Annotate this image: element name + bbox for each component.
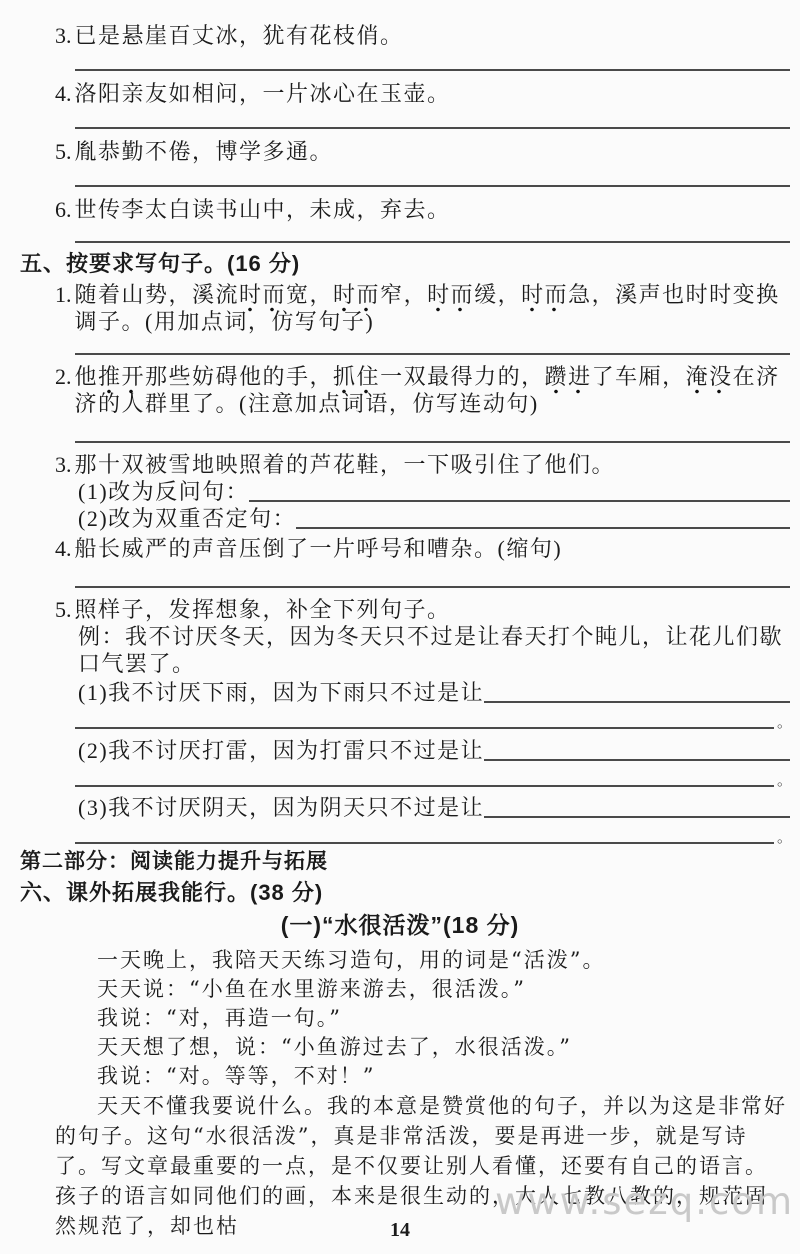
emphasized-text: 时而	[333, 282, 380, 312]
answer-line	[75, 586, 790, 588]
question-number: 5.	[55, 596, 72, 623]
exam-paper: 3. 已是悬崖百丈冰，犹有花枝俏。 4. 洛阳亲友如相问，一片冰心在玉壶。 5.…	[0, 0, 800, 1254]
question-number: 4.	[55, 535, 72, 562]
question-item: 6. 世传李太白读书山中，未成，弃去。	[55, 196, 790, 223]
emphasized-text: 淹没	[686, 364, 733, 394]
passage-paragraph: 天天想了想，说：“小鱼游过去了，水很活泼。”	[55, 1033, 790, 1062]
answer-line	[75, 441, 790, 443]
question-text: 随着山势，溪流时而宽，时而窄，时而缓，时而急，溪声也时时变换调子。(用加点词，仿…	[75, 281, 791, 335]
answer-line	[75, 241, 790, 243]
question-number: 2.	[55, 363, 72, 417]
question-text: 船长威严的声音压倒了一片呼号和嘈杂。(缩句)	[75, 535, 791, 562]
passage-paragraph: 我说：“对，再造一句。”	[55, 1004, 790, 1033]
question-item: 4. 洛阳亲友如相问，一片冰心在玉壶。	[55, 80, 790, 107]
answer-line	[75, 69, 790, 71]
sub-question-label: (1)我不讨厌下雨，因为下雨只不过是让	[78, 679, 484, 706]
answer-blank	[296, 527, 790, 529]
sub-question-label: (3)我不讨厌阴天，因为阴天只不过是让	[78, 794, 484, 821]
question-number: 1.	[55, 281, 72, 335]
question-item-5: 5. 照样子，发挥想象，补全下列句子。	[55, 596, 790, 623]
passage-paragraph: 天天说：“小鱼在水里游来游去，很活泼。”	[55, 975, 790, 1004]
question-number: 6.	[55, 196, 72, 223]
question-item: 3. 已是悬崖百丈冰，犹有花枝俏。	[55, 22, 790, 49]
emphasized-text: 躜进	[545, 364, 592, 394]
page-number: 14	[0, 1219, 800, 1242]
question-item-1: 1. 随着山势，溪流时而宽，时而窄，时而缓，时而急，溪声也时时变换调子。(用加点…	[55, 281, 790, 335]
question-text: 照样子，发挥想象，补全下列句子。	[75, 596, 791, 623]
sub-question: (2)我不讨厌打雷，因为打雷只不过是让	[78, 737, 790, 764]
plain-text: 他	[75, 364, 99, 389]
emphasized-text: 推开	[98, 364, 145, 394]
sub-question-label: (1)改为反问句：	[78, 478, 249, 505]
question-text: 那十双被雪地映照着的芦花鞋，一下吸引住了他们。	[75, 451, 791, 478]
period-mark: 。	[774, 775, 792, 787]
worksheet-page: { "document": { "prev_section_items": [ …	[0, 0, 800, 1254]
answer-blank	[75, 707, 774, 729]
sub-question: (1)改为反问句：	[78, 478, 790, 505]
question-number: 5.	[55, 138, 72, 165]
emphasized-text: 时而	[427, 282, 474, 312]
instruction-note: (注意加点词语，仿写连动句)	[239, 391, 539, 416]
emphasized-text: 抓住	[333, 364, 380, 394]
instruction-note: (用加点词，仿写句子)	[145, 309, 374, 334]
example-sentence: 例：我不讨厌冬天，因为冬天只不过是让春天打个盹儿，让花儿们歇口气罢了。	[78, 623, 790, 677]
answer-blank	[75, 765, 774, 787]
question-number: 3.	[55, 22, 72, 49]
passage-paragraph: 一天晚上，我陪天天练习造句，用的词是“活泼”。	[55, 946, 790, 975]
answer-line	[75, 185, 790, 187]
plain-text: 那些妨碍他的手，	[145, 364, 333, 389]
question-text: 胤恭勤不倦，博学多通。	[75, 138, 791, 165]
question-number: 4.	[55, 80, 72, 107]
sub-question: (1)我不讨厌下雨，因为下雨只不过是让	[78, 679, 790, 706]
reading-title: (一)“水很活泼”(18 分)	[10, 911, 790, 940]
question-item-3: 3. 那十双被雪地映照着的芦花鞋，一下吸引住了他们。	[55, 451, 790, 478]
answer-line-row: 。	[75, 765, 792, 787]
question-item-4: 4. 船长威严的声音压倒了一片呼号和嘈杂。(缩句)	[55, 535, 790, 562]
answer-blank	[484, 701, 790, 703]
period-mark: 。	[774, 717, 792, 729]
sub-question: (3)我不讨厌阴天，因为阴天只不过是让	[78, 794, 790, 821]
question-text: 已是悬崖百丈冰，犹有花枝俏。	[75, 22, 791, 49]
sub-question: (2)改为双重否定句：	[78, 505, 790, 532]
question-text: 洛阳亲友如相问，一片冰心在玉壶。	[75, 80, 791, 107]
passage-paragraph: 我说：“对。等等，不对！”	[55, 1062, 790, 1091]
plain-text: 了车厢，	[592, 364, 686, 389]
question-text: 世传李太白读书山中，未成，弃去。	[75, 196, 791, 223]
answer-line	[75, 127, 790, 129]
plain-text: 缓，	[474, 282, 521, 307]
question-text: 他推开那些妨碍他的手，抓住一双最得力的，躜进了车厢，淹没在济济的人群里了。(注意…	[75, 363, 791, 417]
part2-heading: 第二部分：阅读能力提升与拓展	[20, 850, 790, 874]
section6-heading: 六、课外拓展我能行。(38 分)	[20, 880, 790, 906]
answer-line	[75, 353, 790, 355]
plain-text: 随着山势，溪流	[75, 282, 240, 307]
plain-text: 宽，	[286, 282, 333, 307]
reading-passage: 一天晚上，我陪天天练习造句，用的词是“活泼”。 天天说：“小鱼在水里游来游去，很…	[0, 946, 800, 1241]
question-item-2: 2. 他推开那些妨碍他的手，抓住一双最得力的，躜进了车厢，淹没在济济的人群里了。…	[55, 363, 790, 417]
question-item: 5. 胤恭勤不倦，博学多通。	[55, 138, 790, 165]
emphasized-text: 时而	[521, 282, 568, 312]
section5-heading: 五、按要求写句子。(16 分)	[20, 251, 790, 277]
emphasized-text: 时而	[239, 282, 286, 312]
plain-text: 一双最得力的，	[380, 364, 545, 389]
sub-question-label: (2)改为双重否定句：	[78, 505, 296, 532]
answer-line-row: 。	[75, 707, 792, 729]
answer-blank	[249, 500, 790, 502]
question-number: 3.	[55, 451, 72, 478]
answer-line-row: 。	[75, 822, 792, 844]
plain-text: 窄，	[380, 282, 427, 307]
answer-blank	[75, 822, 774, 844]
answer-blank	[484, 759, 790, 761]
answer-blank	[484, 816, 790, 818]
sub-question-label: (2)我不讨厌打雷，因为打雷只不过是让	[78, 737, 484, 764]
period-mark: 。	[774, 832, 792, 844]
